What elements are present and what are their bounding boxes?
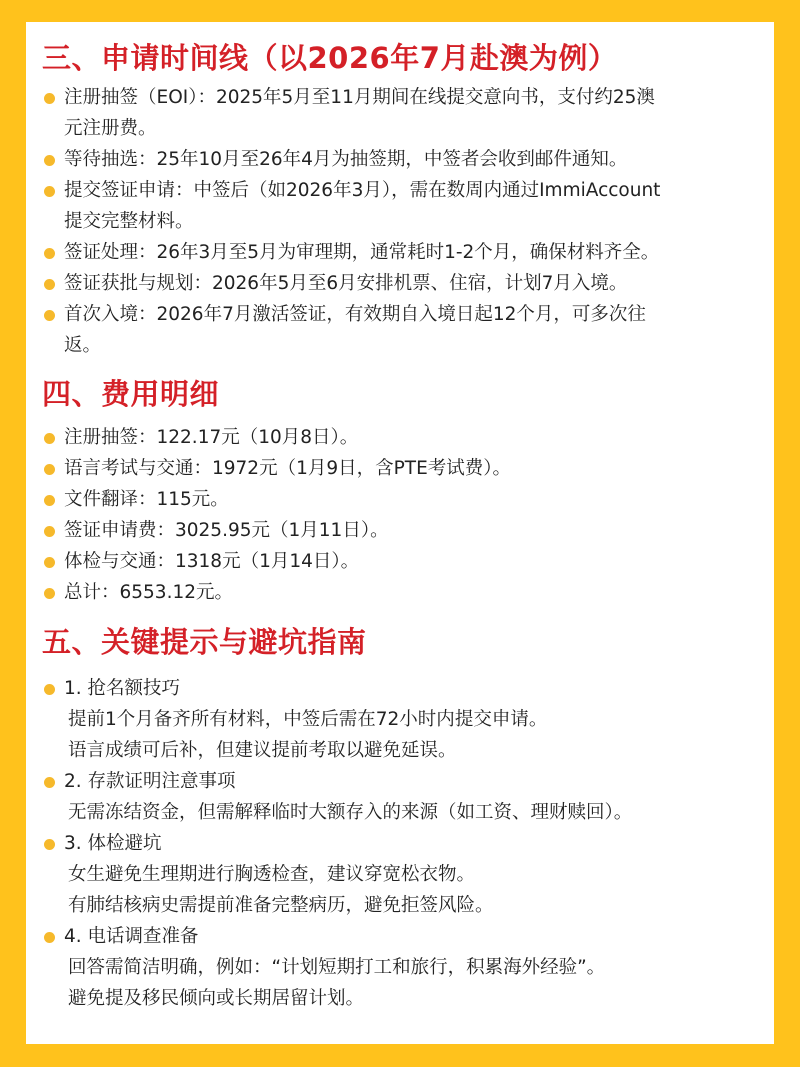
bullet-dot-icon <box>44 155 55 166</box>
section-title-tips: 五、关键提示与避坑指南 <box>42 620 367 661</box>
tips-list: 1. 抢名额技巧提前1个月备齐所有材料，中签后需在72小时内提交申请。语言成绩可… <box>42 673 742 1014</box>
list-item: 语言考试与交通：1972元（1月9日，含PTE考试费）。 <box>42 453 742 484</box>
bullet-dot-icon <box>44 684 55 695</box>
bullet-dot-icon <box>44 464 55 475</box>
bullet-dot-icon <box>44 248 55 259</box>
bullet-dot-icon <box>44 777 55 788</box>
list-item: 签证申请费：3025.95元（1月11日）。 <box>42 515 742 546</box>
bullet-dot-icon <box>44 932 55 943</box>
list-item: 签证获批与规划：2026年5月至6月安排机票、住宿，计划7月入境。 <box>42 268 742 299</box>
content-card: 三、申请时间线（以2026年7月赴澳为例） 注册抽签（EOI）：2025年5月至… <box>26 22 774 1044</box>
list-item: 首次入境：2026年7月激活签证，有效期自入境日起12个月，可多次往返。 <box>42 299 742 361</box>
list-item: 总计：6553.12元。 <box>42 577 742 608</box>
list-item: 注册抽签（EOI）：2025年5月至11月期间在线提交意向书，支付约25澳元注册… <box>42 82 742 144</box>
timeline-list: 注册抽签（EOI）：2025年5月至11月期间在线提交意向书，支付约25澳元注册… <box>42 82 742 361</box>
bullet-dot-icon <box>44 186 55 197</box>
bullet-dot-icon <box>44 557 55 568</box>
bullet-dot-icon <box>44 93 55 104</box>
bullet-dot-icon <box>44 495 55 506</box>
list-item: 提交签证申请：中签后（如2026年3月），需在数周内通过ImmiAccount提… <box>42 175 742 237</box>
bullet-dot-icon <box>44 433 55 444</box>
list-item: 2. 存款证明注意事项无需冻结资金，但需解释临时大额存入的来源（如工资、理财赎回… <box>42 766 742 828</box>
bullet-dot-icon <box>44 279 55 290</box>
list-item: 4. 电话调查准备回答需简洁明确，例如：“计划短期打工和旅行，积累海外经验”。避… <box>42 921 742 1014</box>
section-title-timeline: 三、申请时间线（以2026年7月赴澳为例） <box>42 36 617 77</box>
bullet-dot-icon <box>44 310 55 321</box>
list-item: 签证处理：26年3月至5月为审理期，通常耗时1-2个月，确保材料齐全。 <box>42 237 742 268</box>
section-title-costs: 四、费用明细 <box>42 372 219 413</box>
list-item: 1. 抢名额技巧提前1个月备齐所有材料，中签后需在72小时内提交申请。语言成绩可… <box>42 673 742 766</box>
list-item: 体检与交通：1318元（1月14日）。 <box>42 546 742 577</box>
list-item: 等待抽选：25年10月至26年4月为抽签期，中签者会收到邮件通知。 <box>42 144 742 175</box>
bullet-dot-icon <box>44 526 55 537</box>
costs-list: 注册抽签：122.17元（10月8日）。 语言考试与交通：1972元（1月9日，… <box>42 422 742 608</box>
list-item: 文件翻译：115元。 <box>42 484 742 515</box>
list-item: 3. 体检避坑女生避免生理期进行胸透检查，建议穿宽松衣物。有肺结核病史需提前准备… <box>42 828 742 921</box>
list-item: 注册抽签：122.17元（10月8日）。 <box>42 422 742 453</box>
bullet-dot-icon <box>44 839 55 850</box>
bullet-dot-icon <box>44 588 55 599</box>
